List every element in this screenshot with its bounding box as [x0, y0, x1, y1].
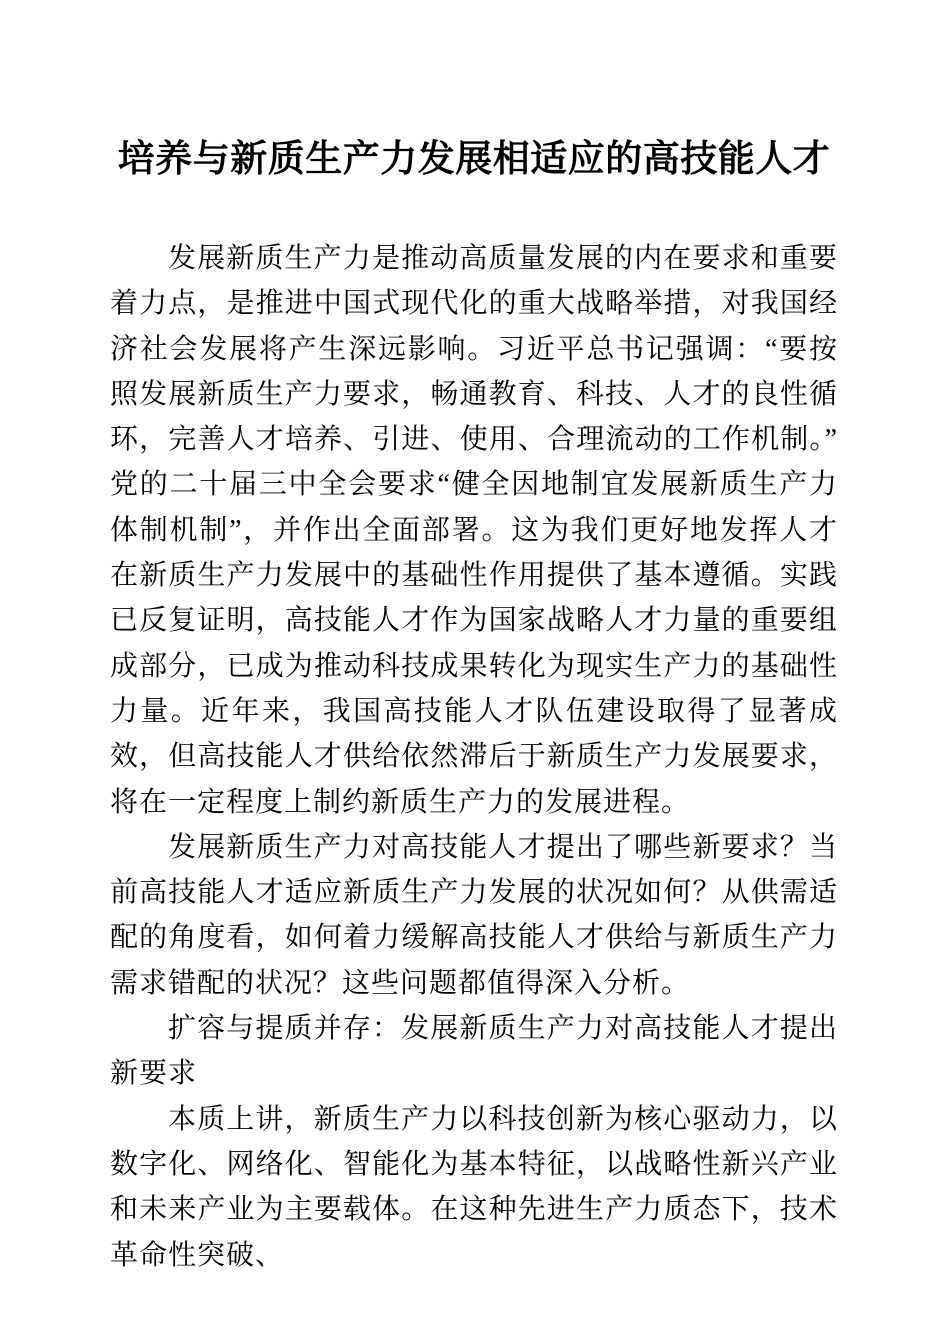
paragraph-4: 本质上讲，新质生产力以科技创新为核心驱动力，以数字化、网络化、智能化为基本特征，…	[110, 1097, 838, 1278]
document-body: 发展新质生产力是推动高质量发展的内在要求和重要着力点，是推进中国式现代化的重大战…	[110, 236, 838, 1278]
document-content: 培养与新质生产力发展相适应的高技能人才 发展新质生产力是推动高质量发展的内在要求…	[0, 0, 950, 1278]
document-title: 培养与新质生产力发展相适应的高技能人才	[110, 136, 838, 184]
paragraph-3-subheading: 扩容与提质并存：发展新质生产力对高技能人才提出新要求	[110, 1006, 838, 1097]
paragraph-2: 发展新质生产力对高技能人才提出了哪些新要求？当前高技能人才适应新质生产力发展的状…	[110, 825, 838, 1006]
document-page: 培养与新质生产力发展相适应的高技能人才 发展新质生产力是推动高质量发展的内在要求…	[0, 0, 950, 1344]
paragraph-1: 发展新质生产力是推动高质量发展的内在要求和重要着力点，是推进中国式现代化的重大战…	[110, 236, 838, 825]
